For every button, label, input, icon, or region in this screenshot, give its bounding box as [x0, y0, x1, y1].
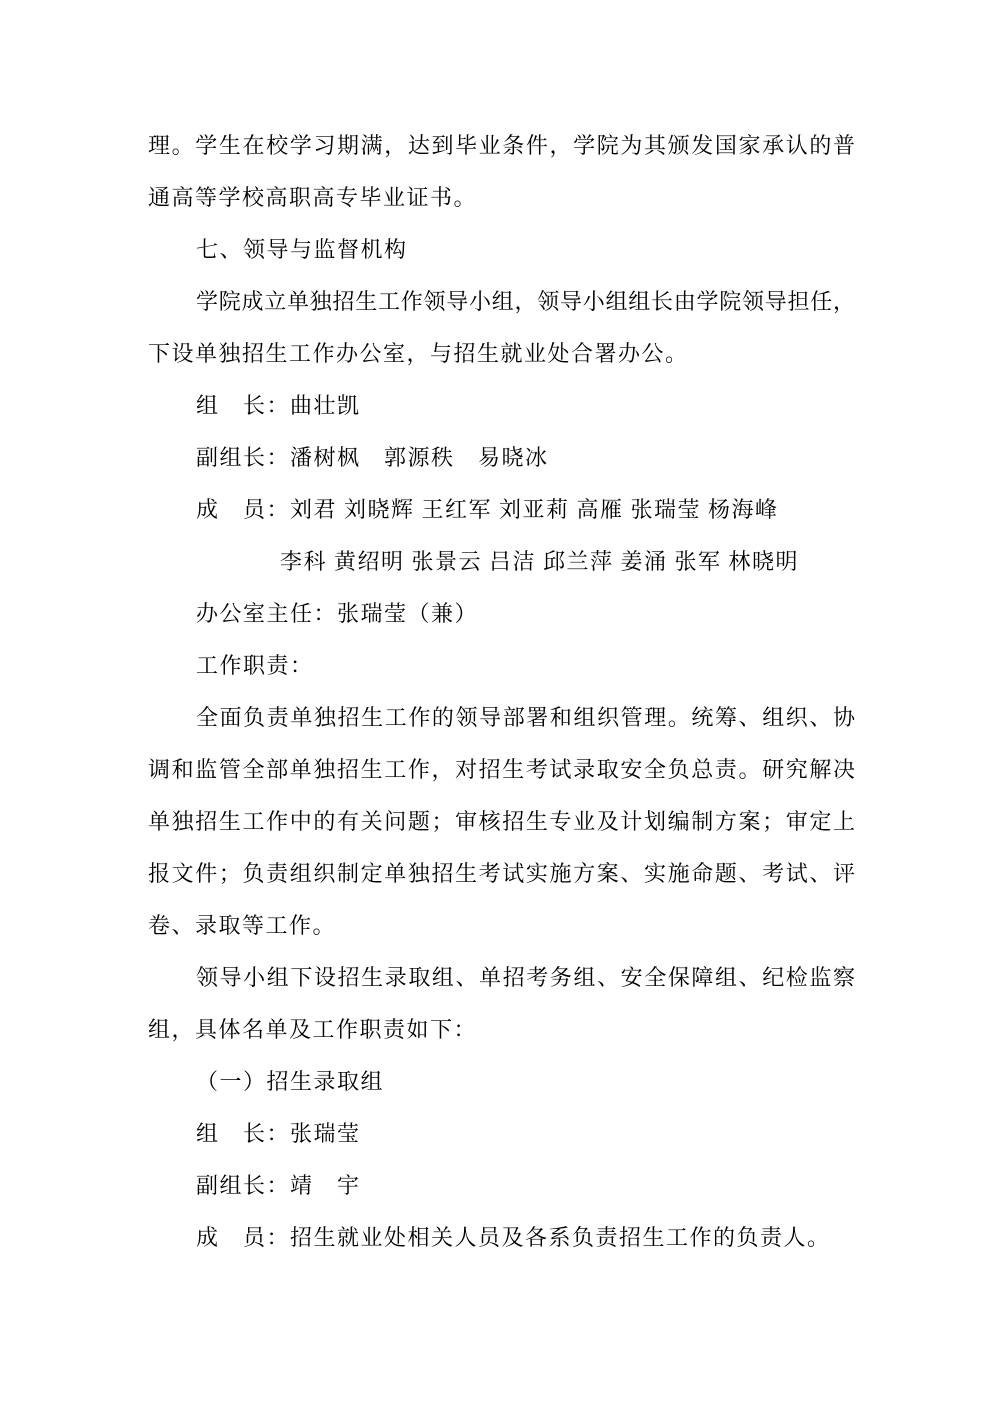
text-line: 全面负责单独招生工作的领导部署和组织管理。统筹、组织、协 [148, 692, 855, 744]
text-line: （一）招生录取组 [148, 1056, 855, 1108]
document-body-text: 理。学生在校学习期满，达到毕业条件，学院为其颁发国家承认的普通高等学校高职高专毕… [148, 120, 855, 1264]
text-line: 下设单独招生工作办公室，与招生就业处合署办公。 [148, 328, 855, 380]
text-line: 卷、录取等工作。 [148, 900, 855, 952]
text-line: 七、领导与监督机构 [148, 224, 855, 276]
text-line: 成 员：招生就业处相关人员及各系负责招生工作的负责人。 [148, 1212, 855, 1264]
text-line: 领导小组下设招生录取组、单招考务组、安全保障组、纪检监察 [148, 952, 855, 1004]
text-line: 组 长：曲壮凯 [148, 380, 855, 432]
document-page: 理。学生在校学习期满，达到毕业条件，学院为其颁发国家承认的普通高等学校高职高专毕… [0, 0, 992, 1403]
text-line: 副组长：潘树枫 郭源秩 易晓冰 [148, 432, 855, 484]
text-line: 通高等学校高职高专毕业证书。 [148, 172, 855, 224]
text-line: 报文件；负责组织制定单独招生考试实施方案、实施命题、考试、评 [148, 848, 855, 900]
text-line: 工作职责： [148, 640, 855, 692]
text-line: 学院成立单独招生工作领导小组，领导小组组长由学院领导担任， [148, 276, 855, 328]
text-line: 副组长：靖 宇 [148, 1160, 855, 1212]
text-line: 调和监管全部单独招生工作，对招生考试录取安全负总责。研究解决 [148, 744, 855, 796]
text-line: 组，具体名单及工作职责如下： [148, 1004, 855, 1056]
text-line: 李科 黄绍明 张景云 吕洁 邱兰萍 姜涌 张军 林晓明 [148, 536, 855, 588]
text-line: 组 长：张瑞莹 [148, 1108, 855, 1160]
text-line: 成 员：刘君 刘晓辉 王红军 刘亚莉 高雁 张瑞莹 杨海峰 [148, 484, 855, 536]
text-line: 单独招生工作中的有关问题；审核招生专业及计划编制方案；审定上 [148, 796, 855, 848]
text-line: 理。学生在校学习期满，达到毕业条件，学院为其颁发国家承认的普 [148, 120, 855, 172]
text-line: 办公室主任：张瑞莹（兼） [148, 588, 855, 640]
